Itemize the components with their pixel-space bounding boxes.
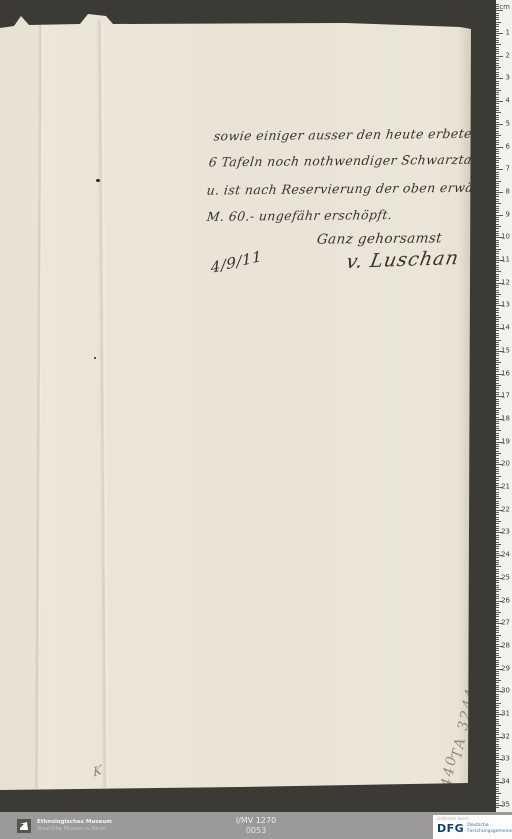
- ruler-tick: [496, 762, 499, 763]
- ruler-tick: [496, 19, 499, 20]
- ruler-tick: [496, 448, 499, 449]
- ruler-tick: [496, 778, 499, 779]
- ruler-tick: [496, 582, 499, 583]
- ruler-cm-number: 2: [506, 51, 510, 59]
- ruler-tick: [496, 131, 499, 132]
- ruler-tick: [496, 4, 499, 5]
- ruler-tick: [496, 162, 499, 163]
- ruler-tick: [496, 580, 499, 581]
- ruler-tick: [496, 678, 499, 679]
- ruler-tick: [496, 501, 499, 502]
- pencil-corner-mark: K: [93, 762, 103, 779]
- ruler-tick: [496, 546, 499, 547]
- ruler-cm-number: 7: [506, 165, 510, 173]
- ruler-tick: [496, 13, 499, 14]
- ruler-cm-number: 9: [506, 210, 510, 218]
- ruler-tick: [496, 551, 499, 552]
- ruler-tick: [496, 81, 499, 82]
- ruler-tick: [496, 766, 499, 767]
- ruler-tick: [496, 137, 499, 138]
- ruler-tick: [496, 730, 499, 731]
- ruler-tick: [496, 771, 501, 772]
- ruler-tick: [496, 455, 499, 456]
- ruler-tick: [496, 544, 501, 545]
- ruler-tick: [496, 335, 499, 336]
- ruler-tick: [496, 367, 499, 368]
- ruler-tick: [496, 471, 499, 472]
- ruler-tick: [496, 285, 499, 286]
- ruler-tick: [496, 231, 499, 232]
- ruler-tick: [496, 176, 499, 177]
- ruler-tick: [496, 716, 499, 717]
- ruler-tick: [496, 167, 499, 168]
- ruler-tick: [496, 215, 503, 216]
- ruler-tick: [496, 741, 499, 742]
- ruler-tick: [496, 791, 499, 792]
- ruler-tick: [496, 333, 499, 334]
- ruler-tick: [496, 560, 499, 561]
- ruler-tick: [496, 392, 499, 393]
- ruler-tick: [496, 249, 501, 250]
- ruler-tick: [496, 88, 499, 89]
- ruler-tick: [496, 478, 499, 479]
- ruler-tick: [496, 226, 501, 227]
- ruler-tick: [496, 128, 499, 129]
- ruler-tick: [496, 666, 499, 667]
- ruler-tick: [496, 446, 499, 447]
- ruler-tick: [496, 703, 501, 704]
- ruler-tick: [496, 589, 501, 590]
- ruler-tick: [496, 469, 499, 470]
- ruler-tick: [496, 673, 499, 674]
- ruler-tick: [496, 712, 499, 713]
- ruler-tick: [496, 212, 499, 213]
- ruler-tick: [496, 621, 499, 622]
- ruler-tick: [496, 635, 501, 636]
- ruler-tick: [496, 744, 499, 745]
- ruler-tick: [496, 664, 499, 665]
- ruler-tick: [496, 353, 499, 354]
- ruler-tick: [496, 694, 499, 695]
- ruler-cm-number: 6: [506, 142, 510, 150]
- ruler-tick: [496, 63, 499, 64]
- ruler-tick: [496, 784, 499, 785]
- ruler-tick: [496, 507, 499, 508]
- ruler-tick: [496, 700, 499, 701]
- ruler-tick: [496, 22, 501, 23]
- ruler-tick: [496, 489, 499, 490]
- ruler-tick: [496, 610, 499, 611]
- ruler-tick: [496, 576, 499, 577]
- ruler-tick: [496, 535, 499, 536]
- dfg-org-line1: Deutsche: [467, 823, 488, 828]
- ruler-tick: [496, 569, 499, 570]
- ruler-cm-number: 19: [501, 437, 510, 445]
- ruler-tick: [496, 587, 499, 588]
- ruler-cm-number: 25: [501, 573, 510, 581]
- ruler-tick: [496, 428, 499, 429]
- fold-crease-left: [34, 20, 44, 788]
- ruler-tick: [496, 67, 501, 68]
- handwritten-date: 4/9/11: [210, 247, 263, 277]
- ruler-tick: [496, 72, 499, 73]
- ruler-tick: [496, 69, 499, 70]
- ruler-tick: [496, 378, 499, 379]
- ruler-tick: [496, 585, 499, 586]
- ruler-tick: [496, 165, 499, 166]
- paper-edge-shading: [458, 0, 472, 791]
- ruler-tick: [496, 246, 499, 247]
- ruler-tick: [496, 512, 499, 513]
- ruler-tick: [496, 135, 501, 136]
- ruler-tick: [496, 90, 501, 91]
- ruler-tick: [496, 101, 503, 102]
- ruler-cm-number: 12: [501, 278, 510, 286]
- ruler-tick: [496, 571, 499, 572]
- ruler-cm-number: 28: [501, 641, 510, 649]
- ruler-tick: [496, 528, 499, 529]
- ruler-tick: [496, 423, 499, 424]
- ruler-cm-number: 3: [506, 74, 510, 82]
- ruler-tick: [496, 76, 499, 77]
- ruler-tick: [496, 662, 499, 663]
- ruler-tick: [496, 344, 499, 345]
- ruler-tick: [496, 31, 499, 32]
- ruler-tick: [496, 321, 499, 322]
- ruler-tick: [496, 376, 499, 377]
- ruler-tick: [496, 542, 499, 543]
- handwritten-line-2: 6 Tafeln noch nothwendiger Schwarztafeln: [208, 151, 498, 169]
- ruler-tick: [496, 521, 501, 522]
- ruler-tick: [496, 433, 499, 434]
- ruler-tick: [496, 301, 499, 302]
- ruler-tick: [496, 194, 499, 195]
- ruler-tick: [496, 494, 499, 495]
- ruler-tick: [496, 728, 499, 729]
- ruler-tick: [496, 160, 499, 161]
- ruler-tick: [496, 483, 499, 484]
- pencil-note-number: 4440: [436, 753, 461, 799]
- ruler-tick: [496, 764, 499, 765]
- ruler-tick: [496, 473, 499, 474]
- ruler-tick: [496, 106, 499, 107]
- ruler-tick: [496, 280, 499, 281]
- ruler-tick: [496, 723, 499, 724]
- ruler-tick: [496, 523, 499, 524]
- ruler-tick: [496, 115, 499, 116]
- ruler-tick: [496, 192, 503, 193]
- ruler-tick: [496, 228, 499, 229]
- ruler-tick: [496, 671, 499, 672]
- ruler-tick: [496, 710, 499, 711]
- ruler-tick: [496, 122, 499, 123]
- ruler-tick: [496, 58, 499, 59]
- ruler-tick: [496, 33, 503, 34]
- ruler-tick: [496, 185, 499, 186]
- ruler-tick: [496, 746, 499, 747]
- ruler-cm-number: 13: [501, 301, 510, 309]
- ruler-tick: [496, 557, 499, 558]
- ruler-tick: [496, 178, 499, 179]
- ruler-tick: [496, 92, 499, 93]
- ruler-tick: [496, 308, 499, 309]
- ruler-cm-number: 11: [501, 256, 510, 264]
- ruler-tick: [496, 687, 499, 688]
- handwritten-signature: v. Luschan: [345, 247, 461, 273]
- ruler-tick: [496, 696, 499, 697]
- ruler-cm-number: 17: [501, 392, 510, 400]
- ruler-tick: [496, 675, 499, 676]
- ruler-tick: [496, 224, 499, 225]
- ruler-tick: [496, 414, 499, 415]
- ruler-tick: [496, 349, 499, 350]
- ruler-tick: [496, 421, 499, 422]
- ruler-tick: [496, 614, 499, 615]
- ruler-tick: [496, 256, 499, 257]
- footer-bar: Ethnologisches Museum Staatliche Museen …: [0, 812, 512, 839]
- ruler-tick: [496, 685, 499, 686]
- ruler-tick: [496, 8, 499, 9]
- ruler-tick: [496, 17, 499, 18]
- ruler-tick: [496, 410, 499, 411]
- ruler-cm-number: 1: [506, 29, 510, 37]
- ruler-tick: [496, 119, 499, 120]
- ruler-tick: [496, 342, 499, 343]
- ruler-tick: [496, 196, 499, 197]
- ruler-tick: [496, 553, 499, 554]
- funding-pretext: Gefördert durch: [437, 816, 512, 821]
- ruler-tick: [496, 562, 499, 563]
- ruler-cm-number: 30: [501, 687, 510, 695]
- ruler-tick: [496, 330, 499, 331]
- dfg-funding-block: Gefördert durch DFG Deutsche Forschungsg…: [433, 815, 512, 839]
- ruler-tick: [496, 24, 499, 25]
- ruler-tick: [496, 480, 499, 481]
- ruler-tick: [496, 206, 499, 207]
- ruler-tick: [496, 430, 501, 431]
- ruler-tick: [496, 769, 499, 770]
- ruler-tick: [496, 140, 499, 141]
- ruler-tick: [496, 453, 501, 454]
- ruler-tick: [496, 780, 499, 781]
- ruler-tick: [496, 112, 501, 113]
- ruler-tick: [496, 387, 499, 388]
- ruler-tick: [496, 26, 499, 27]
- ruler-tick: [496, 83, 499, 84]
- ruler-tick: [496, 628, 499, 629]
- ruler-tick: [496, 458, 499, 459]
- ruler-tick: [496, 598, 499, 599]
- ruler-tick: [496, 44, 501, 45]
- ruler-tick: [496, 199, 499, 200]
- ruler-tick: [496, 519, 499, 520]
- ruler-tick: [496, 144, 499, 145]
- ruler-tick: [496, 725, 501, 726]
- ruler-cm-number: 22: [501, 505, 510, 513]
- ruler-tick: [496, 324, 499, 325]
- ruler-tick: [496, 566, 501, 567]
- ruler-cm-number: 8: [506, 187, 510, 195]
- ruler-tick: [496, 755, 499, 756]
- ruler-tick: [496, 217, 499, 218]
- fold-crease-mid: [96, 20, 109, 788]
- ruler-tick: [496, 287, 499, 288]
- ruler-tick: [496, 29, 499, 30]
- ruler-tick: [496, 517, 499, 518]
- ruler-tick: [496, 103, 499, 104]
- ruler-tick: [496, 796, 499, 797]
- ruler-tick: [496, 734, 499, 735]
- ruler-tick: [496, 271, 501, 272]
- ruler-tick: [496, 603, 499, 604]
- ruler-tick: [496, 181, 501, 182]
- ruler-tick: [496, 753, 499, 754]
- ruler-tick: [496, 408, 501, 409]
- ruler-tick: [496, 748, 501, 749]
- ruler-tick: [496, 405, 499, 406]
- ruler-tick: [496, 156, 499, 157]
- ruler-tick: [496, 389, 499, 390]
- ruler-tick: [496, 251, 499, 252]
- ruler-tick: [496, 169, 503, 170]
- ruler-tick: [496, 655, 499, 656]
- ruler-cm-number: 29: [501, 664, 510, 672]
- ruler-tick: [496, 74, 499, 75]
- ruler-tick: [496, 476, 501, 477]
- ruler-tick: [496, 573, 499, 574]
- ruler-tick: [496, 537, 499, 538]
- ruler-tick: [496, 153, 499, 154]
- ruler-tick: [496, 612, 501, 613]
- ruler-tick: [496, 648, 499, 649]
- ruler-cm-number: 31: [501, 710, 510, 718]
- ruler-tick: [496, 317, 501, 318]
- ruler-tick: [496, 644, 499, 645]
- ruler-tick: [496, 240, 499, 241]
- ruler-tick: [496, 355, 499, 356]
- ruler-tick: [496, 142, 499, 143]
- ruler-cm-number: 5: [506, 119, 510, 127]
- ruler-tick: [496, 60, 499, 61]
- dfg-org-line2: Forschungsgemeinschaft: [467, 829, 512, 834]
- ruler-tick: [496, 619, 499, 620]
- ruler-tick: [496, 303, 499, 304]
- ruler-tick: [496, 773, 499, 774]
- ruler-tick: [496, 530, 499, 531]
- ruler-tick: [496, 707, 499, 708]
- ruler-tick: [496, 596, 499, 597]
- ruler-tick: [496, 591, 499, 592]
- ruler-tick: [496, 653, 499, 654]
- ruler-tick: [496, 203, 501, 204]
- ruler-tick: [496, 310, 499, 311]
- ruler-tick: [496, 439, 499, 440]
- ruler-tick: [496, 417, 499, 418]
- ruler-tick: [496, 242, 499, 243]
- dfg-org-name: Deutsche Forschungsgemeinschaft: [467, 823, 512, 834]
- ruler-tick: [496, 426, 499, 427]
- ruler-tick: [496, 187, 499, 188]
- ruler-tick: [496, 394, 499, 395]
- ruler-tick: [496, 15, 499, 16]
- ruler-cm-number: 34: [501, 778, 510, 786]
- ruler-tick: [496, 158, 501, 159]
- ruler-tick: [496, 503, 499, 504]
- ruler-tick: [496, 444, 499, 445]
- ruler-tick: [496, 99, 499, 100]
- ruler-tick: [496, 278, 499, 279]
- ruler-tick: [496, 498, 501, 499]
- ruler-tick: [496, 296, 499, 297]
- ruler-tick: [496, 660, 499, 661]
- ruler-tick: [496, 657, 501, 658]
- ruler-tick: [496, 126, 499, 127]
- ruler-tick: [496, 689, 499, 690]
- ruler-tick: [496, 539, 499, 540]
- ruler-tick: [496, 319, 499, 320]
- ruler-tick: [496, 505, 499, 506]
- ruler-tick: [496, 290, 499, 291]
- ruler-tick: [496, 149, 499, 150]
- ruler-tick: [496, 42, 499, 43]
- ruler-tick: [496, 437, 499, 438]
- document-paper: sowie einiger ausser den heute erbetenen…: [0, 0, 472, 791]
- ruler-tick: [496, 803, 499, 804]
- ruler-tick: [496, 467, 499, 468]
- ruler-tick: [496, 462, 499, 463]
- ruler-tick: [496, 698, 499, 699]
- ruler-tick: [496, 800, 499, 801]
- dfg-logo: DFG: [437, 822, 464, 835]
- ruler-cm-number: 4: [506, 97, 510, 105]
- ruler-tick: [496, 789, 499, 790]
- ruler-tick: [496, 485, 499, 486]
- ruler-cm-number: 14: [501, 324, 510, 332]
- ruler-tick: [496, 385, 501, 386]
- ruler-tick: [496, 682, 499, 683]
- ruler-tick: [496, 526, 499, 527]
- ruler-tick: [496, 358, 499, 359]
- ruler-tick: [496, 496, 499, 497]
- ruler-tick: [496, 47, 499, 48]
- ruler-tick: [496, 721, 499, 722]
- ruler-cm-number: 32: [501, 732, 510, 740]
- ruler-tick: [496, 807, 499, 808]
- ruler-tick: [496, 403, 499, 404]
- ruler-tick: [496, 435, 499, 436]
- ruler-cm-number: 16: [501, 369, 510, 377]
- ruler-tick: [496, 739, 499, 740]
- ruler-tick: [496, 85, 499, 86]
- ruler-tick: [496, 210, 499, 211]
- ruler-tick: [496, 49, 499, 50]
- ruler-tick: [496, 605, 499, 606]
- pencil-note-ta-number: TA 3244: [449, 686, 480, 761]
- ruler-tick: [496, 312, 499, 313]
- ruler-tick: [496, 219, 499, 220]
- ruler-tick: [496, 492, 499, 493]
- ruler-cm-number: 18: [501, 414, 510, 422]
- ruler-tick: [496, 757, 499, 758]
- ruler-tick: [496, 360, 499, 361]
- ruler-tick: [496, 346, 499, 347]
- ruler-tick: [496, 53, 499, 54]
- ruler-tick: [496, 65, 499, 66]
- ruler-tick: [496, 201, 499, 202]
- ruler-cm-number: 27: [501, 619, 510, 627]
- ruler-tick: [496, 380, 499, 381]
- ruler-tick: [496, 641, 499, 642]
